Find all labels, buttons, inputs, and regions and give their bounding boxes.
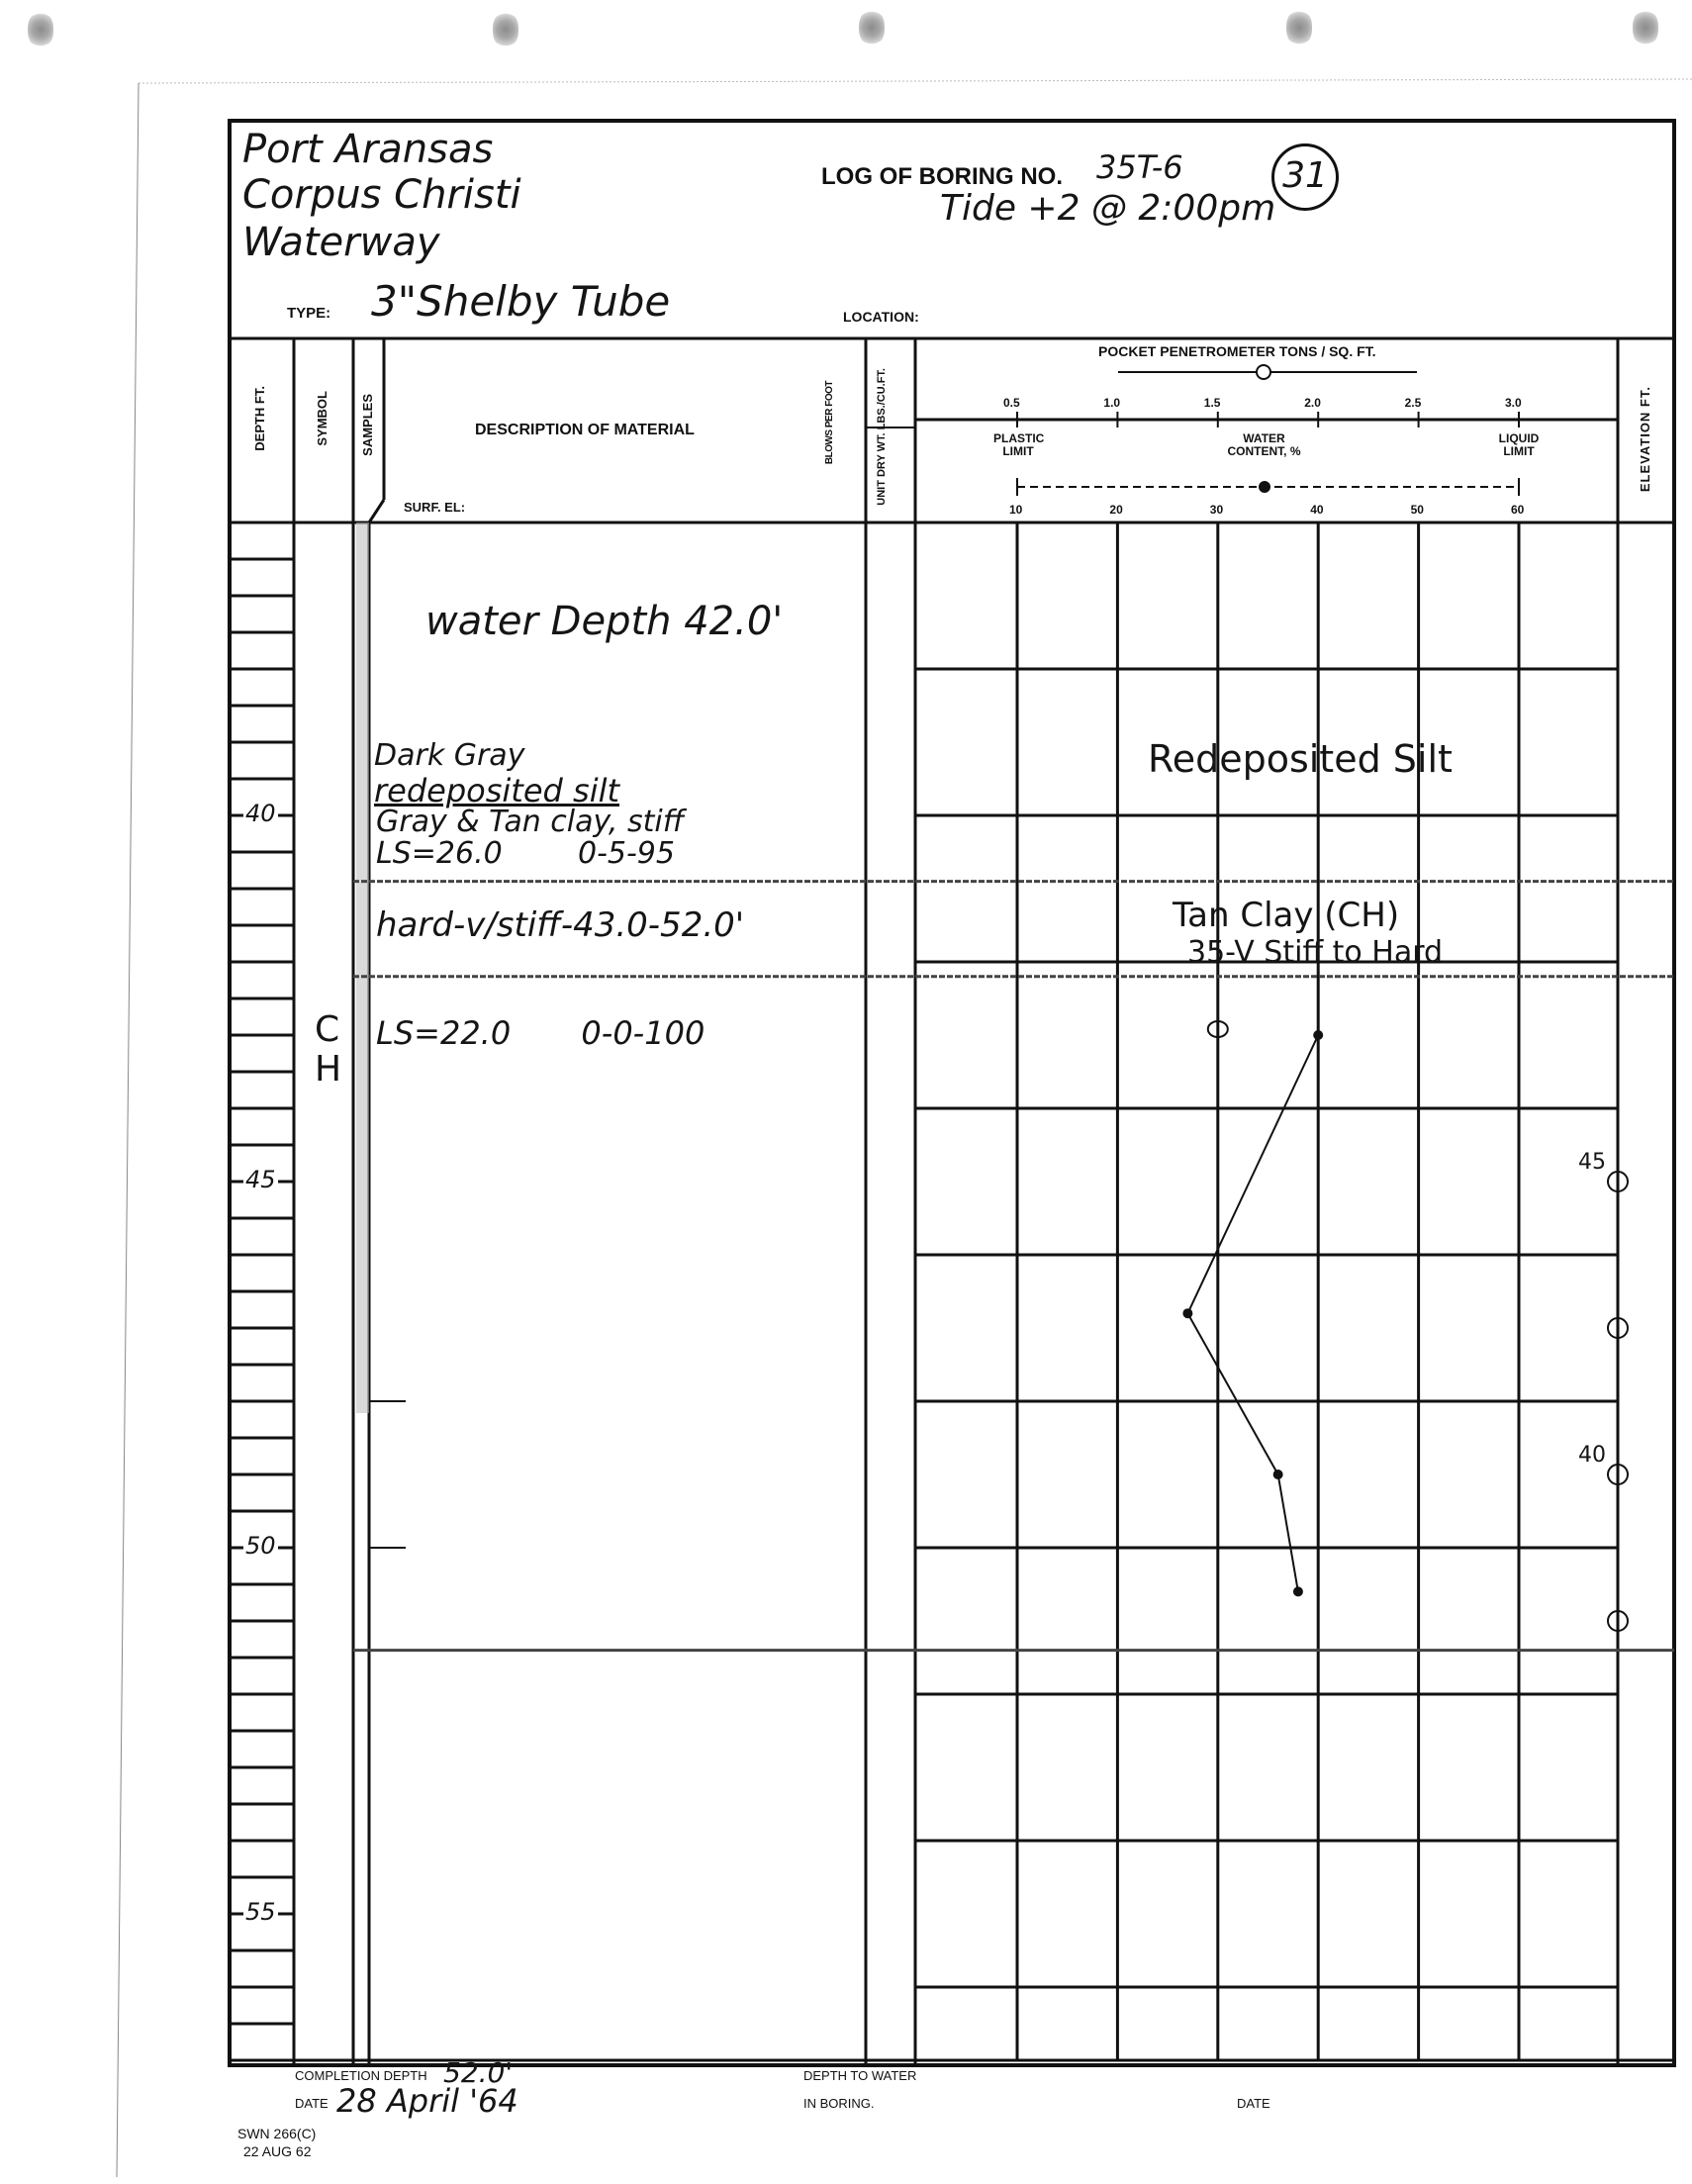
date-value: 28 April '64 (336, 2082, 518, 2120)
depth-label: 45 (243, 1166, 278, 1193)
depth-label: 40 (243, 800, 278, 827)
liquid-limit-value: 45 (1578, 1150, 1606, 1175)
form-code: SWN 266(C) (237, 2126, 316, 2141)
completion-depth-label: COMPLETION DEPTH (295, 2068, 427, 2083)
form-revision-date: 22 AUG 62 (243, 2143, 312, 2159)
liquid-limit-value: 40 (1578, 1443, 1606, 1468)
in-boring-label: IN BORING. (803, 2096, 875, 2111)
depth-label: 50 (243, 1532, 278, 1560)
depth-to-water-label: DEPTH TO WATER (803, 2068, 916, 2083)
water-content-plot (0, 0, 1692, 2184)
date-label: DATE (295, 2096, 329, 2111)
depth-label: 55 (243, 1898, 278, 1926)
water-date-label: DATE (1237, 2096, 1270, 2111)
